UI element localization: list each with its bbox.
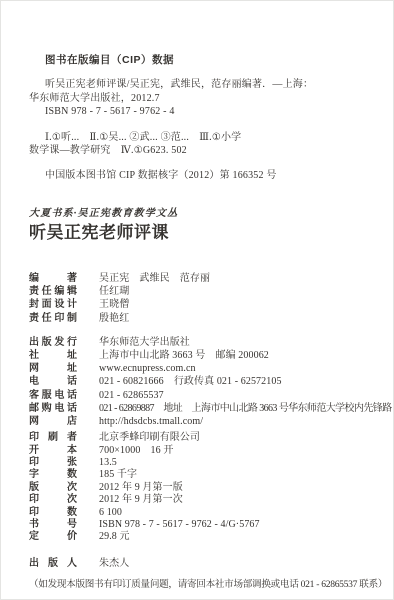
print-row-print-run: 印数 6 100	[29, 507, 367, 519]
row-label: 书号	[29, 519, 77, 531]
cip-class-line1: Ⅰ.①听... Ⅱ.①吴... ②武... ③范... Ⅲ.①小学	[29, 131, 367, 145]
print-row-price: 定价 29.8 元	[29, 531, 367, 543]
row-value: 殷艳红	[99, 312, 129, 325]
print-row-wordcount: 字数 185 千字	[29, 469, 367, 481]
print-row-book-number: 书号 ISBN 978 - 7 - 5617 - 9762 - 4/G·5767	[29, 519, 367, 531]
cip-classification: Ⅰ.①听... Ⅱ.①吴... ②武... ③范... Ⅲ.①小学 数学课—教学…	[29, 131, 367, 158]
cip-isbn: ISBN 978 - 7 - 5617 - 9762 - 4	[29, 105, 367, 119]
cip-section: 图书在版编目（CIP）数据 听吴正宪老师评课/吴正宪，武维民，范存丽编著．—上海…	[29, 52, 367, 182]
credits-row-cover-design: 封面设计 王晓僧	[29, 298, 367, 311]
publisher-row-website: 网址 www.ecnupress.com.cn	[29, 362, 367, 375]
publisher-row-phone: 电话 021 - 60821666 行政传真 021 - 62572105	[29, 375, 367, 388]
book-title: 听吴正宪老师评课	[29, 222, 367, 244]
row-value: 王晓僧	[99, 298, 129, 311]
row-label: 版次	[29, 482, 77, 494]
row-label: 邮购电话	[29, 402, 77, 415]
row-value: 上海市中山北路 3663 号 邮编 200062	[99, 349, 269, 362]
copyright-page: 图书在版编目（CIP）数据 听吴正宪老师评课/吴正宪，武维民，范存丽编著．—上海…	[0, 0, 394, 600]
row-value: 29.8 元	[99, 531, 130, 543]
row-label: 字数	[29, 469, 77, 481]
row-label: 责任编辑	[29, 285, 77, 298]
row-value: 吴正宪 武维民 范存丽	[99, 272, 210, 285]
row-label: 编著	[29, 272, 77, 285]
row-label: 印张	[29, 457, 77, 469]
row-value: 朱杰人	[99, 557, 129, 570]
page-content: 图书在版编目（CIP）数据 听吴正宪老师评课/吴正宪，武维民，范存丽编著．—上海…	[1, 1, 393, 590]
row-label: 网址	[29, 362, 77, 375]
credits-row-editors: 编著 吴正宪 武维民 范存丽	[29, 272, 367, 285]
row-label: 网店	[29, 415, 77, 428]
publisher-row-mailorder-phone: 邮购电话 021 - 62869887 地址 上海市中山北路 3663 号华东师…	[29, 402, 367, 415]
cip-bibliographic-entry: 听吴正宪老师评课/吴正宪，武维民，范存丽编著．—上海： 华东师范大学出版社，20…	[29, 78, 367, 119]
print-row-impression: 印次 2012 年 9 月第一次	[29, 494, 367, 506]
cip-class-line2: 数学课—教学研究 Ⅳ.①G623. 502	[29, 144, 367, 158]
print-row-format: 开本 700×1000 16 开	[29, 445, 367, 457]
quality-notice: （如发现本版图书有印订质量问题，请寄回本社市场部调换或电话 021 - 6286…	[29, 576, 367, 590]
cip-record-number: 中国版本图书馆 CIP 数据核字（2012）第 166352 号	[29, 169, 367, 183]
row-value: 2012 年 9 月第一次	[99, 494, 183, 506]
publisher-section: 出版发行 华东师范大学出版社 社址 上海市中山北路 3663 号 邮编 2000…	[29, 336, 367, 428]
publisher-row-service-phone: 客服电话 021 - 62865537	[29, 389, 367, 402]
row-value: 185 千字	[99, 469, 137, 481]
row-label: 定价	[29, 531, 77, 543]
row-value: 任红瑚	[99, 285, 129, 298]
publisher-row-address: 社址 上海市中山北路 3663 号 邮编 200062	[29, 349, 367, 362]
row-label: 印刷者	[29, 432, 77, 444]
row-label: 印次	[29, 494, 77, 506]
print-row-edition: 版次 2012 年 9 月第一版	[29, 482, 367, 494]
row-label: 社址	[29, 349, 77, 362]
row-label: 封面设计	[29, 298, 77, 311]
credits-row-print-supervisor: 责任印制 殷艳红	[29, 312, 367, 325]
credits-section: 编著 吴正宪 武维民 范存丽 责任编辑 任红瑚 封面设计 王晓僧 责任印制 殷艳…	[29, 272, 367, 325]
row-value: 13.5	[99, 457, 117, 469]
publisher-row-online-store: 网店 http://hdsdcbs.tmall.com/	[29, 415, 367, 428]
row-label: 电话	[29, 375, 77, 388]
row-value: 华东师范大学出版社	[99, 336, 190, 349]
row-label: 责任印制	[29, 312, 77, 325]
row-label: 出版人	[29, 557, 77, 570]
cip-bib-line2: 华东师范大学出版社，2012.7	[29, 92, 367, 106]
printing-section: 印刷者 北京季蜂印刷有限公司 开本 700×1000 16 开 印张 13.5 …	[29, 432, 367, 544]
row-value: 700×1000 16 开	[99, 445, 173, 457]
row-value: www.ecnupress.com.cn	[99, 362, 196, 375]
print-row-sheets: 印张 13.5	[29, 457, 367, 469]
row-value: 021 - 60821666 行政传真 021 - 62572105	[99, 375, 282, 388]
publisher-row-publisher: 出版发行 华东师范大学出版社	[29, 336, 367, 349]
publisher-person-section: 出版人 朱杰人	[29, 557, 367, 570]
cip-record-line: 中国版本图书馆 CIP 数据核字（2012）第 166352 号	[29, 169, 367, 183]
row-value: 北京季蜂印刷有限公司	[99, 432, 200, 444]
row-value: 6 100	[99, 507, 122, 519]
row-value: ISBN 978 - 7 - 5617 - 9762 - 4/G·5767	[99, 519, 260, 531]
row-label: 出版发行	[29, 336, 77, 349]
print-row-printer: 印刷者 北京季蜂印刷有限公司	[29, 432, 367, 444]
row-label: 印数	[29, 507, 77, 519]
cip-bib-line1: 听吴正宪老师评课/吴正宪，武维民，范存丽编著．—上海：	[29, 78, 367, 92]
row-label: 开本	[29, 445, 77, 457]
row-value: 2012 年 9 月第一版	[99, 482, 183, 494]
series-name: 大夏书系·吴正宪教育教学文丛	[29, 204, 367, 219]
row-label: 客服电话	[29, 389, 77, 402]
person-row: 出版人 朱杰人	[29, 557, 367, 570]
cip-heading: 图书在版编目（CIP）数据	[29, 52, 367, 67]
row-value: http://hdsdcbs.tmall.com/	[99, 415, 203, 428]
credits-row-responsible-editor: 责任编辑 任红瑚	[29, 285, 367, 298]
row-value: 021 - 62865537	[99, 389, 164, 402]
row-value: 021 - 62869887 地址 上海市中山北路 3663 号华东师范大学校内…	[99, 402, 394, 415]
